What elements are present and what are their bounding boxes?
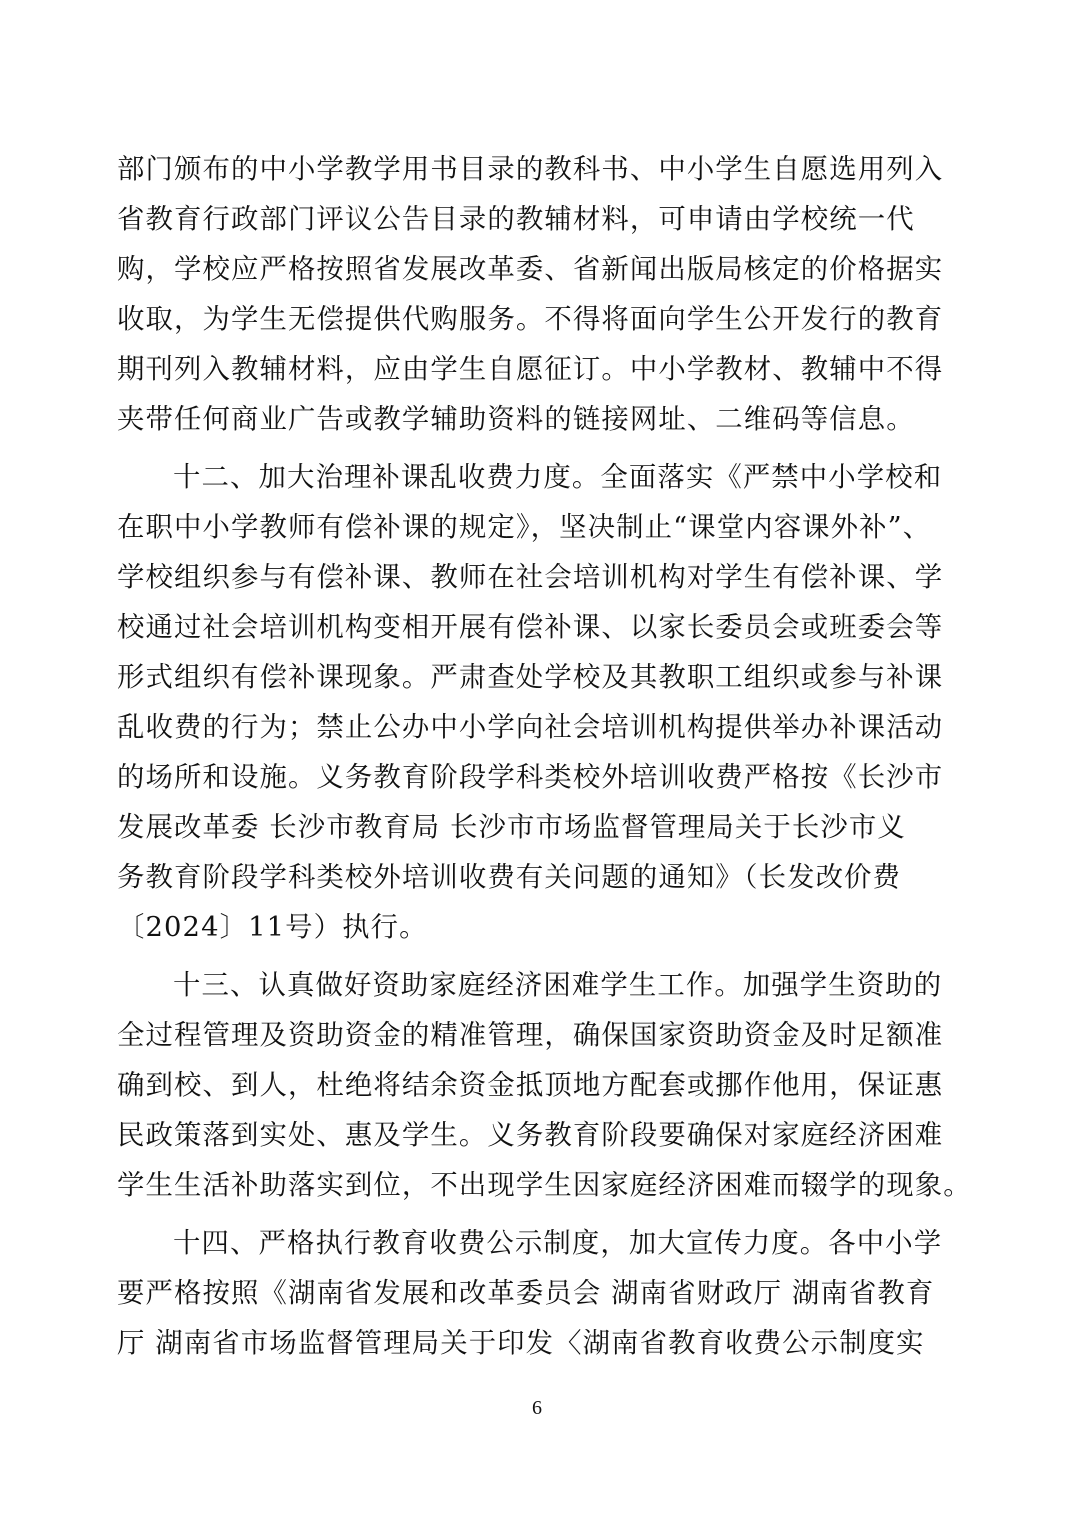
text-line: 部门颁布的中小学教学用书目录的教科书、中小学生自愿选用列入 — [117, 150, 957, 190]
text-line: 厅 湖南省市场监督管理局关于印发〈湖南省教育收费公示制度实 — [117, 1324, 957, 1364]
document-page: 部门颁布的中小学教学用书目录的教科书、中小学生自愿选用列入 省教育行政部门评议公… — [0, 0, 1074, 1520]
text-line: 全过程管理及资助资金的精准管理，确保国家资助资金及时足额准 — [117, 1016, 957, 1056]
page-number: 6 — [0, 1396, 1074, 1420]
text-line: 收取，为学生无偿提供代购服务。不得将面向学生公开发行的教育 — [117, 300, 957, 340]
text-line: 期刊列入教辅材料，应由学生自愿征订。中小学教材、教辅中不得 — [117, 350, 957, 390]
text-line: 学生生活补助落实到位，不出现学生因家庭经济困难而辍学的现象。 — [117, 1166, 957, 1206]
text-line: 发展改革委 长沙市教育局 长沙市市场监督管理局关于长沙市义 — [117, 808, 957, 848]
text-line: 〔2024〕11号）执行。 — [117, 908, 957, 948]
text-line: 在职中小学教师有偿补课的规定》，坚决制止“课堂内容课外补”、 — [117, 508, 957, 548]
section-heading-12: 十二、加大治理补课乱收费力度。全面落实《严禁中小学校和 — [173, 458, 957, 498]
text-line: 省教育行政部门评议公告目录的教辅材料，可申请由学校统一代 — [117, 200, 957, 240]
text-line: 乱收费的行为；禁止公办中小学向社会培训机构提供举办补课活动 — [117, 708, 957, 748]
section-heading-14: 十四、严格执行教育收费公示制度，加大宣传力度。各中小学 — [173, 1224, 957, 1264]
text-line: 务教育阶段学科类校外培训收费有关问题的通知》（长发改价费 — [117, 858, 957, 898]
text-line: 民政策落到实处、惠及学生。义务教育阶段要确保对家庭经济困难 — [117, 1116, 957, 1156]
text-line: 确到校、到人，杜绝将结余资金抵顶地方配套或挪作他用，保证惠 — [117, 1066, 957, 1106]
text-line: 购，学校应严格按照省发展改革委、省新闻出版局核定的价格据实 — [117, 250, 957, 290]
text-line: 夹带任何商业广告或教学辅助资料的链接网址、二维码等信息。 — [117, 400, 957, 440]
text-line: 学校组织参与有偿补课、教师在社会培训机构对学生有偿补课、学 — [117, 558, 957, 598]
text-line: 的场所和设施。义务教育阶段学科类校外培训收费严格按《长沙市 — [117, 758, 957, 798]
text-line: 校通过社会培训机构变相开展有偿补课、以家长委员会或班委会等 — [117, 608, 957, 648]
text-line: 要严格按照《湖南省发展和改革委员会 湖南省财政厅 湖南省教育 — [117, 1274, 957, 1314]
text-line: 形式组织有偿补课现象。严肃查处学校及其教职工组织或参与补课 — [117, 658, 957, 698]
section-heading-13: 十三、认真做好资助家庭经济困难学生工作。加强学生资助的 — [173, 966, 957, 1006]
